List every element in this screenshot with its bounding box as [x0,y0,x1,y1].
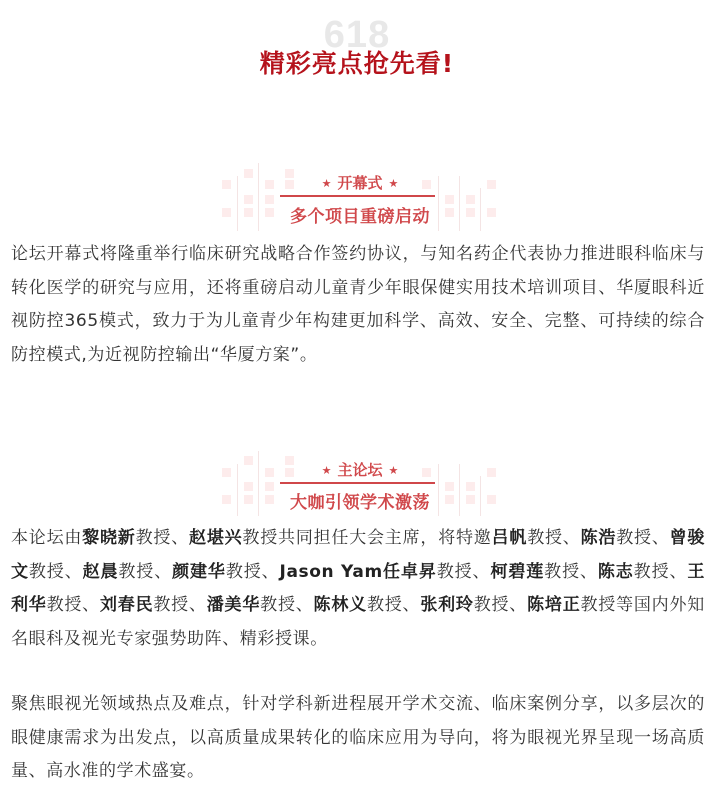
section-title: ★开幕式★ [215,172,505,193]
section-divider [280,482,435,484]
section-divider [280,195,435,197]
speaker-name: 陈浩 [581,528,617,548]
star-icon: ★ [322,177,332,190]
paragraph-text: 教授、 [544,562,598,582]
speaker-name: 张利玲 [420,595,473,615]
paragraph-text: 教授、 [260,595,313,615]
speaker-name: 吕帆 [492,528,528,548]
hero-header: 618 精彩亮点抢先看! [0,0,714,90]
speaker-name: 赵堪兴 [189,528,242,548]
paragraph-text: 教授、 [47,595,100,615]
star-icon: ★ [322,464,332,477]
section-subtitle: 大咖引领学术激荡 [215,488,505,513]
paragraph-text: 本论坛由 [11,528,82,548]
section-title: ★主论坛★ [215,459,505,480]
paragraph-text: 教授、 [527,528,580,548]
paragraph-text: 教授、 [367,595,420,615]
speaker-name: 赵晨 [83,562,119,582]
closing-paragraph: 聚焦眼视光领域热点及难点，针对学科新进程展开学术交流、临床案例分享，以多层次的眼… [11,688,705,789]
speaker-name: 陈培正 [527,595,580,615]
speaker-name: Jason Yam任卓昇 [280,562,437,582]
paragraph-text: 教授、 [616,528,669,548]
paragraph-text: 教授、 [118,562,172,582]
star-icon: ★ [389,177,399,190]
speaker-name: 柯碧莲 [490,562,544,582]
section-header-main-forum: ★主论坛★ 大咖引领学术激荡 [215,448,505,523]
star-icon: ★ [389,464,399,477]
paragraph-text: 教授、 [634,562,688,582]
speaker-name: 颜建华 [172,562,226,582]
section-subtitle: 多个项目重磅启动 [215,202,505,227]
paragraph-text: 教授、 [136,528,189,548]
paragraph-text: 教授、 [153,595,206,615]
paragraph-text: 教授、 [474,595,527,615]
opening-paragraph: 论坛开幕式将隆重举行临床研究战略合作签约协议，与知名药企代表协力推进眼科临床与转… [11,238,705,372]
paragraph-text: 教授、 [437,562,491,582]
speaker-name: 陈志 [598,562,634,582]
paragraph-text: 教授、 [29,562,83,582]
paragraph-text: 教授、 [226,562,280,582]
section-title-text: 开幕式 [337,174,382,192]
speaker-name: 刘春民 [100,595,153,615]
section-title-text: 主论坛 [337,461,382,479]
speaker-name: 潘美华 [207,595,260,615]
hero-title: 精彩亮点抢先看! [0,44,714,80]
speaker-name: 黎晓新 [82,528,135,548]
paragraph-text: 教授共同担任大会主席，将特邀 [242,528,491,548]
speaker-name: 陈林义 [314,595,367,615]
section-header-opening: ★开幕式★ 多个项目重磅启动 [215,158,505,233]
main-forum-paragraph: 本论坛由黎晓新教授、赵堪兴教授共同担任大会主席，将特邀吕帆教授、陈浩教授、曾骏文… [11,522,705,656]
